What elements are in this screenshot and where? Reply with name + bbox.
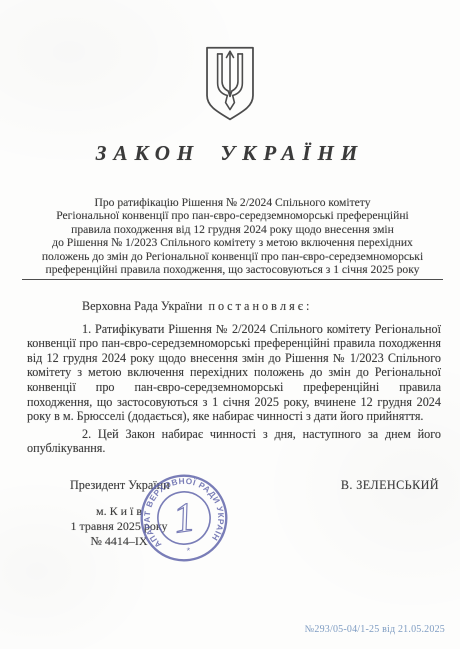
law-paragraph-1: 1. Ратифікувати Рішення № 2/2024 Спільно…	[27, 322, 441, 424]
title-line: преференційні правила походження, що зас…	[22, 263, 443, 276]
document-page: ЗАКОН УКРАЇНИ Про ратифікацію Рішення № …	[0, 0, 460, 649]
title-line: Про ратифікацію Рішення № 2/2024 Спільно…	[22, 196, 443, 209]
trident-emblem-icon	[203, 46, 257, 122]
law-body: Верховна Рада України п о с т а н о в л …	[27, 299, 441, 459]
enacting-clause: Верховна Рада України п о с т а н о в л …	[27, 299, 441, 314]
registration-reference: №293/05-04/1-25 від 21.05.2025	[305, 624, 445, 635]
title-line: правила походження від 12 грудня 2024 ро…	[22, 223, 443, 236]
law-heading: ЗАКОН УКРАЇНИ	[0, 141, 460, 166]
enacting-prefix: Верховна Рада України	[82, 299, 202, 313]
law-paragraph-2: 2. Цей Закон набирає чинності з дня, нас…	[27, 427, 441, 456]
title-line: Регіональної конвенції про пан-євро-сере…	[22, 209, 443, 222]
law-title-block: Про ратифікацію Рішення № 2/2024 Спільно…	[22, 196, 443, 280]
title-line: положень до змін до Регіональної конвенц…	[22, 250, 443, 263]
title-line: до Рішення № 1/2023 Спільного комітету з…	[22, 236, 443, 249]
enacting-verb: п о с т а н о в л я є :	[208, 299, 309, 313]
signatory-name: В. ЗЕЛЕНСЬКИЙ	[341, 478, 439, 493]
rada-stamp: АПАРАТ ВЕРХОВНОЇ РАДИ УКРАЇНИ * 1	[139, 473, 229, 563]
